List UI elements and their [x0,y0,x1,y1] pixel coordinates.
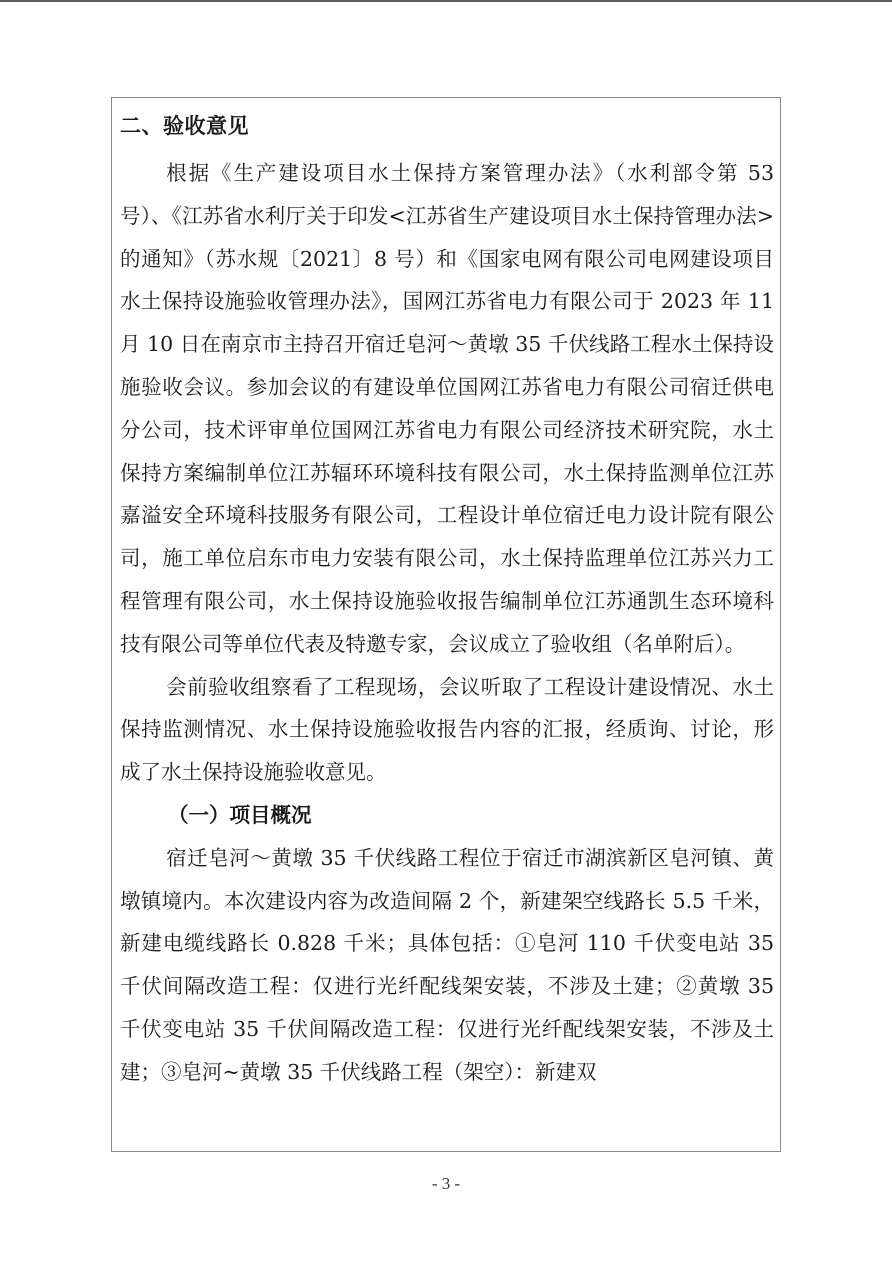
page-number: - 3 - [0,1174,892,1194]
subsection-heading: （一）项目概况 [120,794,774,837]
document-frame: 二、验收意见 根据《生产建设项目水土保持方案管理办法》（水利部令第 53 号）、… [111,97,781,1152]
paragraph-meeting-process: 会前验收组察看了工程现场，会议听取了工程设计建设情况、水土保持监测情况、水土保持… [120,666,774,794]
document-content: 二、验收意见 根据《生产建设项目水土保持方案管理办法》（水利部令第 53 号）、… [120,110,774,1094]
section-heading: 二、验收意见 [120,110,774,142]
top-edge-rule [0,0,892,2]
paragraph-project-overview: 宿迁皂河～黄墩 35 千伏线路工程位于宿迁市湖滨新区皂河镇、黄墩镇境内。本次建设… [120,837,774,1094]
paragraph-legal-basis: 根据《生产建设项目水土保持方案管理办法》（水利部令第 53 号）、《江苏省水利厅… [120,152,774,666]
